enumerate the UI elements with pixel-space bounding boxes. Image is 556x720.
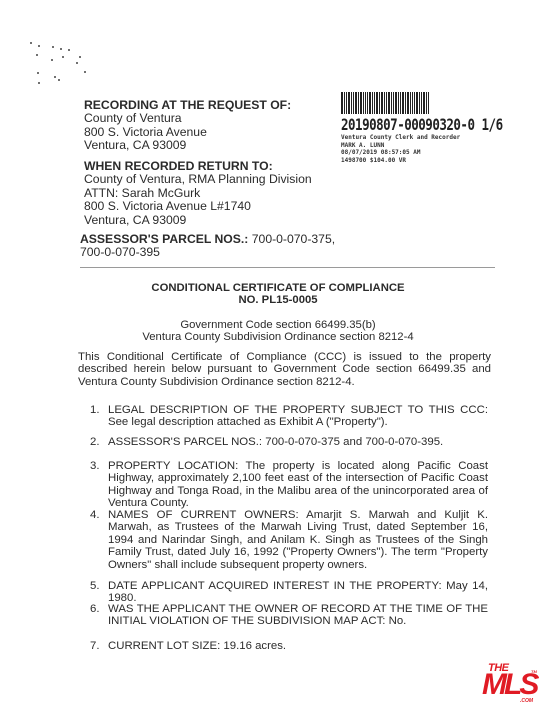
- item-text: PROPERTY LOCATION: The property is locat…: [108, 460, 488, 510]
- recording-request-line: County of Ventura: [84, 112, 291, 125]
- list-item: 2. ASSESSOR'S PARCEL NOS.: 700-0-070-375…: [90, 436, 488, 448]
- government-code-line: Government Code section 66499.35(b): [0, 319, 556, 331]
- stamp-line: 1498700 $104.00 VR: [341, 157, 541, 165]
- recording-request-block: RECORDING AT THE REQUEST OF: County of V…: [84, 99, 291, 153]
- assessor-parcel-block: ASSESSOR'S PARCEL NOS.: 700-0-070-375, 7…: [80, 233, 335, 260]
- stamp-line: MARK A. LUNN: [341, 142, 541, 150]
- item-text: NAMES OF CURRENT OWNERS: Amarjit S. Marw…: [108, 509, 488, 571]
- assessor-parcel-value-2: 700-0-070-395: [80, 246, 335, 259]
- item-number: 2.: [90, 436, 100, 448]
- stamp-line: Ventura County Clerk and Recorder: [341, 134, 541, 142]
- scan-artifacts: [24, 38, 94, 88]
- logo-mls: MLS: [482, 668, 536, 702]
- list-item: 3. PROPERTY LOCATION: The property is lo…: [90, 460, 488, 510]
- list-item: 7. CURRENT LOT SIZE: 19.16 acres.: [90, 640, 488, 652]
- intro-paragraph: This Conditional Certificate of Complian…: [78, 351, 491, 388]
- logo-tm: TM: [531, 669, 537, 674]
- item-number: 4.: [90, 509, 100, 521]
- list-item: 4. NAMES OF CURRENT OWNERS: Amarjit S. M…: [90, 509, 488, 571]
- item-number: 3.: [90, 460, 100, 472]
- return-to-line: Ventura, CA 93009: [84, 214, 312, 227]
- certificate-number: NO. PL15-0005: [0, 294, 556, 306]
- certificate-title: CONDITIONAL CERTIFICATE OF COMPLIANCE: [0, 282, 556, 294]
- certificate-title-block: CONDITIONAL CERTIFICATE OF COMPLIANCE NO…: [0, 282, 556, 307]
- item-text: CURRENT LOT SIZE: 19.16 acres.: [108, 640, 488, 652]
- logo-com: .COM: [520, 698, 533, 704]
- assessor-parcel-value: 700-0-070-375,: [248, 232, 335, 246]
- themls-logo: THE MLS TM .COM: [480, 662, 540, 712]
- document-page: RECORDING AT THE REQUEST OF: County of V…: [0, 0, 556, 720]
- list-item: 5. DATE APPLICANT ACQUIRED INTEREST IN T…: [90, 580, 488, 605]
- item-number: 5.: [90, 580, 100, 592]
- code-reference-block: Government Code section 66499.35(b) Vent…: [0, 319, 556, 344]
- assessor-parcel-label: ASSESSOR'S PARCEL NOS.:: [80, 232, 248, 246]
- barcode: [341, 92, 451, 114]
- return-to-line: 800 S. Victoria Avenue L#1740: [84, 200, 312, 213]
- return-to-heading: WHEN RECORDED RETURN TO:: [84, 160, 312, 173]
- item-text: ASSESSOR'S PARCEL NOS.: 700-0-070-375 an…: [108, 436, 488, 448]
- list-item: 1. LEGAL DESCRIPTION OF THE PROPERTY SUB…: [90, 404, 488, 429]
- recording-request-line: 800 S. Victoria Avenue: [84, 126, 291, 139]
- recording-request-heading: RECORDING AT THE REQUEST OF:: [84, 99, 291, 112]
- item-text: DATE APPLICANT ACQUIRED INTEREST IN THE …: [108, 580, 488, 605]
- divider-rule: [80, 267, 495, 268]
- recording-request-line: Ventura, CA 93009: [84, 139, 291, 152]
- document-number: 20190807-00090320-0 1/6: [341, 115, 541, 134]
- return-to-line: ATTN: Sarah McGurk: [84, 187, 312, 200]
- return-to-block: WHEN RECORDED RETURN TO: County of Ventu…: [84, 160, 312, 227]
- item-number: 1.: [90, 404, 100, 416]
- item-text: WAS THE APPLICANT THE OWNER OF RECORD AT…: [108, 603, 488, 628]
- item-number: 7.: [90, 640, 100, 652]
- stamp-line: 08/07/2019 08:57:05 AM: [341, 149, 541, 157]
- recorder-stamp: 20190807-00090320-0 1/6 Ventura County C…: [341, 92, 541, 164]
- item-number: 6.: [90, 603, 100, 615]
- item-text: LEGAL DESCRIPTION OF THE PROPERTY SUBJEC…: [108, 404, 488, 429]
- list-item: 6. WAS THE APPLICANT THE OWNER OF RECORD…: [90, 603, 488, 628]
- return-to-line: County of Ventura, RMA Planning Division: [84, 173, 312, 186]
- ordinance-line: Ventura County Subdivision Ordinance sec…: [0, 331, 556, 343]
